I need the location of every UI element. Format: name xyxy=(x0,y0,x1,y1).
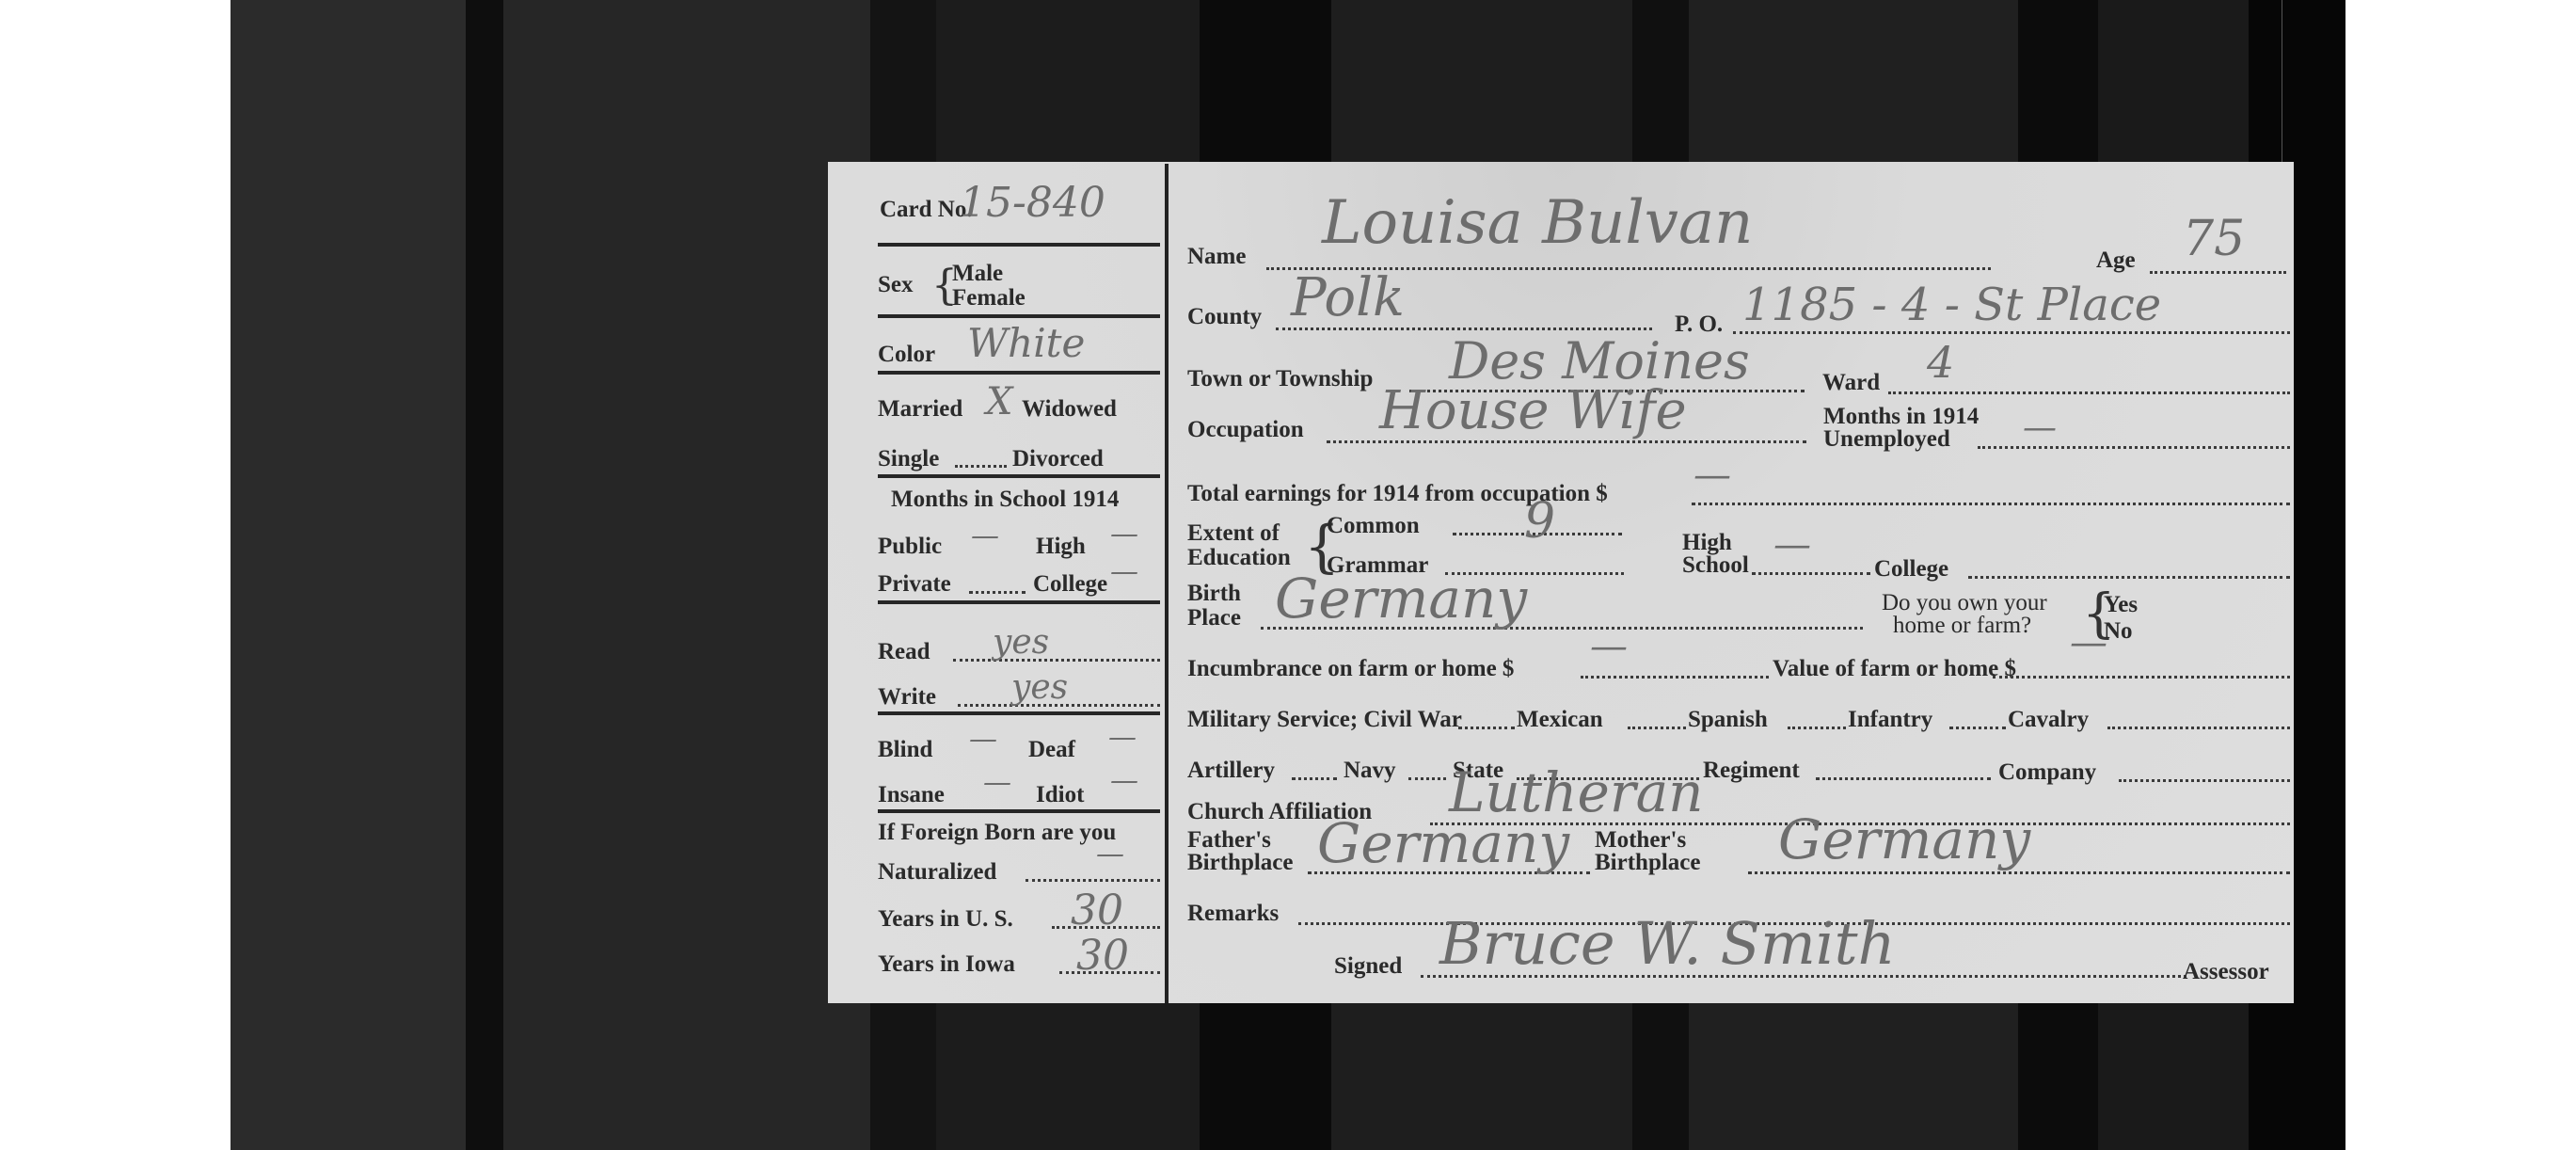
rule xyxy=(878,711,1160,715)
name-label: Name xyxy=(1187,245,1246,269)
dotted-line xyxy=(1888,391,2290,394)
father-birth-value: Germany xyxy=(1317,811,1569,875)
age-value: 75 xyxy=(2183,211,2245,267)
value-farm-label: Value of farm or home $ xyxy=(1773,657,2016,681)
infantry-label: Infantry xyxy=(1848,708,1932,732)
ward-value: 4 xyxy=(1927,337,1954,388)
dotted-line xyxy=(2107,727,2290,729)
age-label: Age xyxy=(2096,248,2136,273)
naturalized-value: — xyxy=(1096,838,1124,870)
census-card: Card No. 15-840 Sex { Male Female Color … xyxy=(828,162,2294,1003)
college-label: College xyxy=(1033,572,1107,597)
regiment-label: Regiment xyxy=(1703,759,1800,783)
color-value: White xyxy=(967,320,1085,366)
dotted-line xyxy=(1968,576,2290,579)
artillery-label: Artillery xyxy=(1187,759,1275,783)
months-unemployed-label-2: Unemployed xyxy=(1823,427,1950,452)
ward-label: Ward xyxy=(1822,371,1880,395)
own-home-option-yes: Yes xyxy=(2104,593,2138,617)
film-band xyxy=(503,0,870,1150)
years-us-value: 30 xyxy=(1071,886,1123,934)
signed-label: Signed xyxy=(1334,954,1402,979)
college-label: College xyxy=(1874,557,1948,582)
public-label: Public xyxy=(878,535,942,559)
film-band xyxy=(466,0,503,1150)
mother-birth-value: Germany xyxy=(1778,807,2030,871)
months-school-label: Months in School 1914 xyxy=(891,487,1119,512)
college-value: — xyxy=(1110,555,1138,588)
dotted-line xyxy=(1993,676,2290,679)
incumbrance-value: — xyxy=(1590,625,1628,668)
deaf-label: Deaf xyxy=(1028,738,1075,762)
years-iowa-label: Years in Iowa xyxy=(878,952,1015,977)
write-value: yes xyxy=(1011,668,1068,707)
education-label-1: Extent of xyxy=(1187,521,1280,546)
dotted-line xyxy=(953,659,1160,662)
own-home-label-2: home or farm? xyxy=(1893,614,2031,638)
company-label: Company xyxy=(1998,760,2096,785)
county-value: Polk xyxy=(1291,267,1405,328)
film-scratch xyxy=(2282,0,2282,162)
rule xyxy=(878,243,1160,247)
write-label: Write xyxy=(878,685,936,710)
married-label: Married xyxy=(878,397,962,422)
divorced-label: Divorced xyxy=(1012,447,1104,471)
insane-value: — xyxy=(983,766,1011,799)
occupation-value: House Wife xyxy=(1379,380,1687,441)
dotted-line xyxy=(1733,331,2290,334)
insane-label: Insane xyxy=(878,783,945,807)
idiot-value: — xyxy=(1110,764,1138,797)
town-label: Town or Township xyxy=(1187,367,1373,391)
assessor-label: Assessor xyxy=(2183,960,2269,984)
dotted-line xyxy=(1292,777,1337,780)
months-unemployed-value: — xyxy=(2023,408,2057,447)
mother-birth-label-2: Birthplace xyxy=(1595,851,1701,875)
county-label: County xyxy=(1187,305,1262,329)
blind-label: Blind xyxy=(878,738,932,762)
common-value: 9 xyxy=(1524,493,1555,550)
dotted-line xyxy=(2150,271,2286,274)
cavalry-label: Cavalry xyxy=(2008,708,2089,732)
dotted-line xyxy=(1748,871,2290,874)
read-label: Read xyxy=(878,640,930,664)
mexican-label: Mexican xyxy=(1517,708,1603,732)
dotted-line xyxy=(1788,727,1846,729)
value-farm-value: — xyxy=(2070,621,2107,664)
high-school-label-2: School xyxy=(1682,553,1749,578)
card-no-value: 15-840 xyxy=(960,179,1105,227)
dotted-line xyxy=(1581,676,1769,679)
navy-label: Navy xyxy=(1344,759,1396,783)
dotted-line xyxy=(1692,503,2290,505)
own-home-option-no: No xyxy=(2104,619,2133,644)
naturalized-label: Naturalized xyxy=(878,860,996,885)
sex-label: Sex xyxy=(878,273,914,297)
dotted-line xyxy=(955,465,1007,468)
sex-option-female: Female xyxy=(952,286,1026,311)
high-school-value: — xyxy=(1773,523,1811,567)
dotted-line xyxy=(1816,777,1991,780)
married-value: X xyxy=(986,380,1012,423)
idiot-label: Idiot xyxy=(1036,783,1084,807)
dotted-line xyxy=(2119,779,2290,782)
dotted-line xyxy=(1408,777,1446,780)
private-label: Private xyxy=(878,572,951,597)
sex-option-male: Male xyxy=(952,262,1003,286)
read-value: yes xyxy=(993,623,1049,662)
deaf-value: — xyxy=(1108,721,1137,754)
dotted-line xyxy=(1026,879,1160,882)
foreign-born-label: If Foreign Born are you xyxy=(878,821,1116,845)
dotted-line xyxy=(969,591,1026,594)
common-label: Common xyxy=(1327,514,1420,538)
dotted-line xyxy=(1949,727,2006,729)
dotted-line xyxy=(1458,727,1515,729)
film-band xyxy=(231,0,466,1150)
single-label: Single xyxy=(878,447,939,471)
color-label: Color xyxy=(878,343,935,367)
years-us-label: Years in U. S. xyxy=(878,907,1013,932)
public-value: — xyxy=(971,519,999,552)
occupation-label: Occupation xyxy=(1187,418,1304,442)
dotted-line xyxy=(1628,727,1686,729)
blind-value: — xyxy=(969,723,997,756)
military-label: Military Service; Civil War xyxy=(1187,708,1462,732)
years-iowa-value: 30 xyxy=(1076,932,1129,980)
spanish-label: Spanish xyxy=(1688,708,1768,732)
father-birth-label-2: Birthplace xyxy=(1187,851,1294,875)
rule xyxy=(878,809,1160,813)
po-value: 1185 - 4 - St Place xyxy=(1742,279,2161,331)
rule xyxy=(878,600,1160,604)
dotted-line xyxy=(1752,572,1870,575)
name-value: Louisa Bulvan xyxy=(1322,188,1753,258)
rule xyxy=(878,474,1160,478)
card-no-label: Card No. xyxy=(880,198,973,222)
signed-value: Bruce W. Smith xyxy=(1439,909,1896,978)
birth-place-label-2: Place xyxy=(1187,606,1241,631)
birth-place-label-1: Birth xyxy=(1187,582,1241,606)
earnings-value: — xyxy=(1693,454,1731,497)
high-label: High xyxy=(1036,535,1086,559)
birth-place-value: Germany xyxy=(1275,567,1527,631)
rule xyxy=(878,371,1160,375)
column-divider xyxy=(1165,164,1169,1003)
widowed-label: Widowed xyxy=(1022,397,1117,422)
high-value: — xyxy=(1110,518,1138,551)
incumbrance-label: Incumbrance on farm or home $ xyxy=(1187,657,1514,681)
rule xyxy=(878,314,1160,318)
remarks-label: Remarks xyxy=(1187,902,1279,926)
